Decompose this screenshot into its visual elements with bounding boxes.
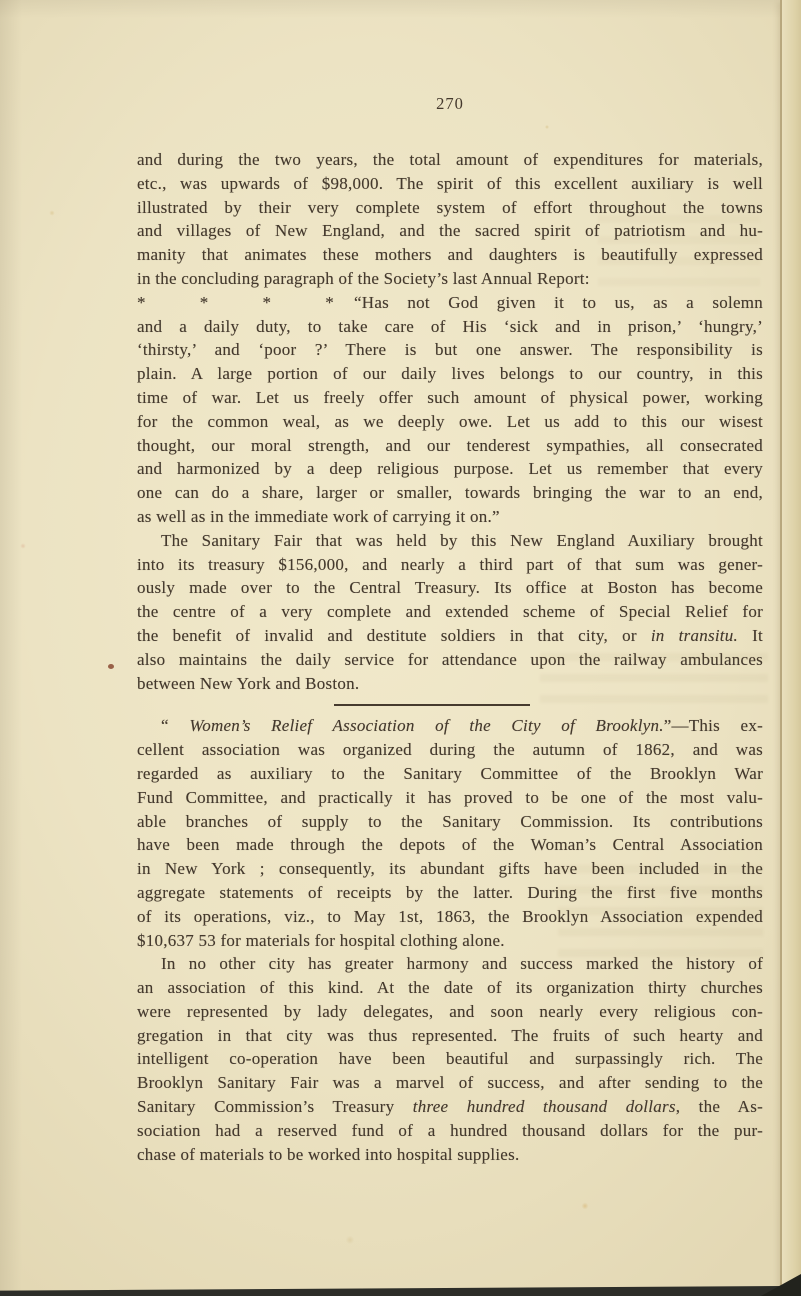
text-segment: “ xyxy=(161,716,189,735)
text-line: illustrated by their very complete syste… xyxy=(137,196,763,220)
text-line: between New York and Boston. xyxy=(137,672,763,696)
text-segment: $10,637 53 for materials for hospital cl… xyxy=(137,931,505,950)
text-line: were represented by lady delegates, and … xyxy=(137,1000,763,1024)
text-segment: ously made over to the Central Treasury.… xyxy=(137,578,763,597)
text-line: Fund Committee, and practically it has p… xyxy=(137,786,763,810)
text-segment: for the common weal, as we deeply owe. L… xyxy=(137,412,763,431)
text-line: cellent association was organized during… xyxy=(137,738,763,762)
text-segment: one can do a share, larger or smaller, t… xyxy=(137,483,763,502)
text-segment: able branches of supply to the Sanitary … xyxy=(137,812,763,831)
text-line: and harmonized by a deep religious purpo… xyxy=(137,457,763,481)
text-segment: intelligent co-operation have been beaut… xyxy=(137,1049,763,1068)
text-line: manity that animates these mothers and d… xyxy=(137,243,763,267)
text-segment: time of war. Let us freely offer such am… xyxy=(137,388,763,407)
text-segment: * xyxy=(137,293,146,312)
text-segment: , the As- xyxy=(676,1097,763,1116)
text-segment: etc., was upwards of $98,000. The spirit… xyxy=(137,174,763,193)
text-line: etc., was upwards of $98,000. The spirit… xyxy=(137,172,763,196)
text-segment: and harmonized by a deep religious purpo… xyxy=(137,459,763,478)
divider-rule xyxy=(334,704,530,706)
ink-spot xyxy=(108,664,114,669)
text-line: Brooklyn Sanitary Fair was a marvel of s… xyxy=(137,1071,763,1095)
text-segment: cellent association was organized during… xyxy=(137,740,763,759)
italic-text: in transitu. xyxy=(651,626,738,645)
text-segment: were represented by lady delegates, and … xyxy=(137,1002,763,1021)
text-segment: Brooklyn Sanitary Fair was a marvel of s… xyxy=(137,1073,763,1092)
text-segment: as well as in the immediate work of carr… xyxy=(137,507,500,526)
text-line: into its treasury $156,000, and nearly a… xyxy=(137,553,763,577)
text-line: gregation in that city was thus represen… xyxy=(137,1024,763,1048)
text-line: of its operations, viz., to May 1st, 186… xyxy=(137,905,763,929)
text-line: chase of materials to be worked into hos… xyxy=(137,1143,763,1167)
text-segment: Sanitary Commission’s Treasury xyxy=(137,1097,413,1116)
text-line: also maintains the daily service for att… xyxy=(137,648,763,672)
text-line: for the common weal, as we deeply owe. L… xyxy=(137,410,763,434)
book-page: 270 and during the two years, the total … xyxy=(0,0,801,1292)
text-line: and a daily duty, to take care of His ‘s… xyxy=(137,315,763,339)
text-segment: manity that animates these mothers and d… xyxy=(137,245,763,264)
text-line: plain. A large portion of our daily live… xyxy=(137,362,763,386)
text-segment: illustrated by their very complete syste… xyxy=(137,198,763,217)
text-segment: The Sanitary Fair that was held by this … xyxy=(161,531,763,550)
text-segment: * xyxy=(200,293,209,312)
text-segment: and a daily duty, to take care of His ‘s… xyxy=(137,317,763,336)
text-line: ‘thirsty,’ and ‘poor ?’ There is but one… xyxy=(137,338,763,362)
text-segment: Fund Committee, and practically it has p… xyxy=(137,788,763,807)
text-line: aggregate statements of receipts by the … xyxy=(137,881,763,905)
text-segment: an association of this kind. At the date… xyxy=(137,978,763,997)
text-segment: between New York and Boston. xyxy=(137,674,359,693)
text-line: $10,637 53 for materials for hospital cl… xyxy=(137,929,763,953)
page-text: and during the two years, the total amou… xyxy=(137,148,763,1166)
text-line: and villages of New England, and the sac… xyxy=(137,219,763,243)
text-segment: ‘thirsty,’ and ‘poor ?’ There is but one… xyxy=(137,340,763,359)
text-segment: gregation in that city was thus represen… xyxy=(137,1026,763,1045)
text-segment: * xyxy=(325,293,334,312)
text-line: ****“Has not God given it to us, as a so… xyxy=(137,291,763,315)
text-segment: * xyxy=(263,293,272,312)
text-line: have been made through the depots of the… xyxy=(137,833,763,857)
text-line: in New York ; consequently, its abundant… xyxy=(137,857,763,881)
text-line: one can do a share, larger or smaller, t… xyxy=(137,481,763,505)
text-line: and during the two years, the total amou… xyxy=(137,148,763,172)
text-segment: “Has not God given it to us, as a solemn xyxy=(354,293,763,312)
text-line: time of war. Let us freely offer such am… xyxy=(137,386,763,410)
italic-text: three hundred thousand dollars xyxy=(413,1097,676,1116)
section-divider xyxy=(137,695,763,714)
text-segment: in New York ; consequently, its abundant… xyxy=(137,859,763,878)
text-segment: thought, our moral strength, and our ten… xyxy=(137,436,763,455)
text-line: the benefit of invalid and destitute sol… xyxy=(137,624,763,648)
text-segment: aggregate statements of receipts by the … xyxy=(137,883,763,902)
text-line: able branches of supply to the Sanitary … xyxy=(137,810,763,834)
text-line: in the concluding paragraph of the Socie… xyxy=(137,267,763,291)
text-segment: chase of materials to be worked into hos… xyxy=(137,1145,519,1164)
text-segment: ”—This ex- xyxy=(664,716,763,735)
text-line: Sanitary Commission’s Treasury three hun… xyxy=(137,1095,763,1119)
text-line: ously made over to the Central Treasury.… xyxy=(137,576,763,600)
page-edge xyxy=(780,0,801,1292)
text-line: In no other city has greater harmony and… xyxy=(137,952,763,976)
text-segment: regarded as auxiliary to the Sanitary Co… xyxy=(137,764,763,783)
text-line: an association of this kind. At the date… xyxy=(137,976,763,1000)
text-segment: and villages of New England, and the sac… xyxy=(137,221,763,240)
text-segment: the benefit of invalid and destitute sol… xyxy=(137,626,651,645)
page-number: 270 xyxy=(137,94,763,114)
text-line: The Sanitary Fair that was held by this … xyxy=(137,529,763,553)
text-line: regarded as auxiliary to the Sanitary Co… xyxy=(137,762,763,786)
text-segment: and during the two years, the total amou… xyxy=(137,150,763,169)
text-segment: It xyxy=(738,626,763,645)
text-line: thought, our moral strength, and our ten… xyxy=(137,434,763,458)
text-segment: in the concluding paragraph of the Socie… xyxy=(137,269,590,288)
text-segment: also maintains the daily service for att… xyxy=(137,650,763,669)
text-segment: In no other city has greater harmony and… xyxy=(161,954,763,973)
text-segment: sociation had a reserved fund of a hundr… xyxy=(137,1121,763,1140)
text-line: “ Women’s Relief Association of the City… xyxy=(137,714,763,738)
text-segment: plain. A large portion of our daily live… xyxy=(137,364,763,383)
text-segment: the centre of a very complete and extend… xyxy=(137,602,763,621)
text-line: the centre of a very complete and extend… xyxy=(137,600,763,624)
italic-text: Women’s Relief Association of the City o… xyxy=(189,716,663,735)
text-line: intelligent co-operation have been beaut… xyxy=(137,1047,763,1071)
text-segment: of its operations, viz., to May 1st, 186… xyxy=(137,907,763,926)
text-segment: have been made through the depots of the… xyxy=(137,835,763,854)
text-line: as well as in the immediate work of carr… xyxy=(137,505,763,529)
text-line: sociation had a reserved fund of a hundr… xyxy=(137,1119,763,1143)
text-segment: into its treasury $156,000, and nearly a… xyxy=(137,555,763,574)
scanned-book-page: 270 and during the two years, the total … xyxy=(0,0,801,1296)
